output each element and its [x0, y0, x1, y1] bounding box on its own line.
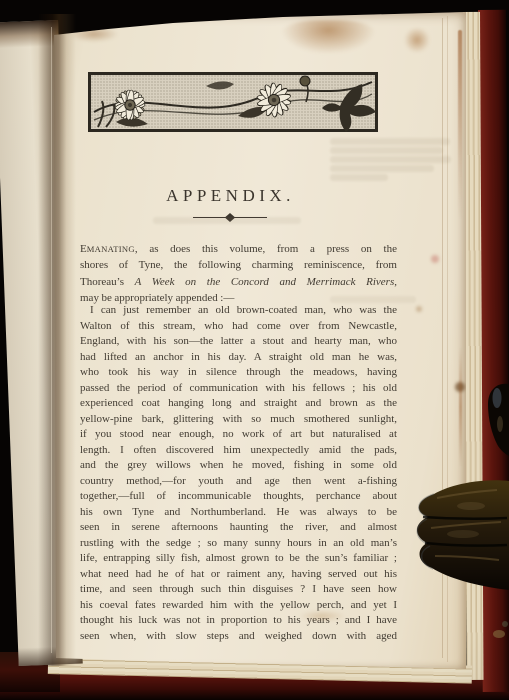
text-line: rustling with the sedge ; so many sunny …: [80, 536, 397, 552]
text-line: EMANATING, as does this volume, from a p…: [80, 241, 397, 257]
book-page: APPENDIX. EMANATING, as does this volume…: [53, 12, 466, 672]
show-through-text: [330, 138, 450, 145]
show-through-text: [330, 165, 434, 172]
text-line: time, and seen through such thin disguis…: [80, 582, 397, 598]
text-line: together,—full of incommunicable thought…: [80, 489, 397, 505]
foxing-spot: [431, 255, 439, 263]
text-line: length. I often discovered him unexpecte…: [80, 443, 397, 459]
text-line: his own Tyne and Northumberland. He was …: [80, 505, 397, 521]
text-line: seen in serene afternoons haunting the r…: [80, 520, 397, 536]
text-line: had lifted an anchor in his day. A strai…: [80, 350, 397, 366]
show-through-text: [153, 217, 301, 224]
text-line: country method,—for youth and age then w…: [80, 474, 397, 490]
show-through-text: [330, 174, 388, 181]
foxing-spot: [403, 28, 431, 52]
show-through-text: [330, 147, 443, 154]
body-paragraph: I can just remember an old brown-coated …: [80, 303, 397, 644]
gutter-shadow: [38, 14, 76, 666]
text-line: who took his way in silence through the …: [80, 365, 397, 381]
text-line: yellow-pine bark, glittering with so muc…: [80, 412, 397, 428]
appendix-title: APPENDIX.: [72, 186, 389, 206]
show-through-text: [330, 156, 451, 163]
daisy-woodcut-icon: [88, 72, 378, 132]
show-through-text: [330, 296, 416, 303]
text-line: England, with his son—the latter a stout…: [80, 334, 397, 350]
text-line: I can just remember an old brown-coated …: [80, 303, 397, 319]
text-line: shores of Tyne, the following charming r…: [80, 257, 397, 273]
foxing-spot: [416, 306, 422, 312]
text-line: Walton of this stream, who had come over…: [80, 319, 397, 335]
text-line: thought his luck was not in proportion t…: [80, 613, 397, 629]
text-line: passed the period of communication with …: [80, 381, 397, 397]
text-line: life, entrapping silly fish, almost grow…: [80, 551, 397, 567]
text-line: Thoreau’s A Week on the Concord and Merr…: [80, 274, 397, 290]
foxing-spot: [298, 610, 346, 622]
text-line: seen when, with slow steps and weighed d…: [80, 629, 397, 645]
text-line: and the grey willows when he moved, fish…: [80, 458, 397, 474]
text-line: what need had he of hat or raiment any, …: [80, 567, 397, 583]
foxing-spot: [281, 20, 376, 54]
foxing-spot: [70, 26, 118, 42]
text-line: experienced coat hanging long and straig…: [80, 396, 397, 412]
fingers-icon: [413, 378, 509, 650]
floral-headpiece-ornament: [88, 72, 378, 132]
reader-fingers: [413, 378, 509, 650]
text-line: his coeval fates rewarded him with the y…: [80, 598, 397, 614]
foxing-streak: [458, 30, 462, 220]
photo-of-open-antique-book: { "book_page": { "title": "APPENDIX.", "…: [0, 0, 509, 700]
text-line: if you stood near enough, no work of art…: [80, 427, 397, 443]
